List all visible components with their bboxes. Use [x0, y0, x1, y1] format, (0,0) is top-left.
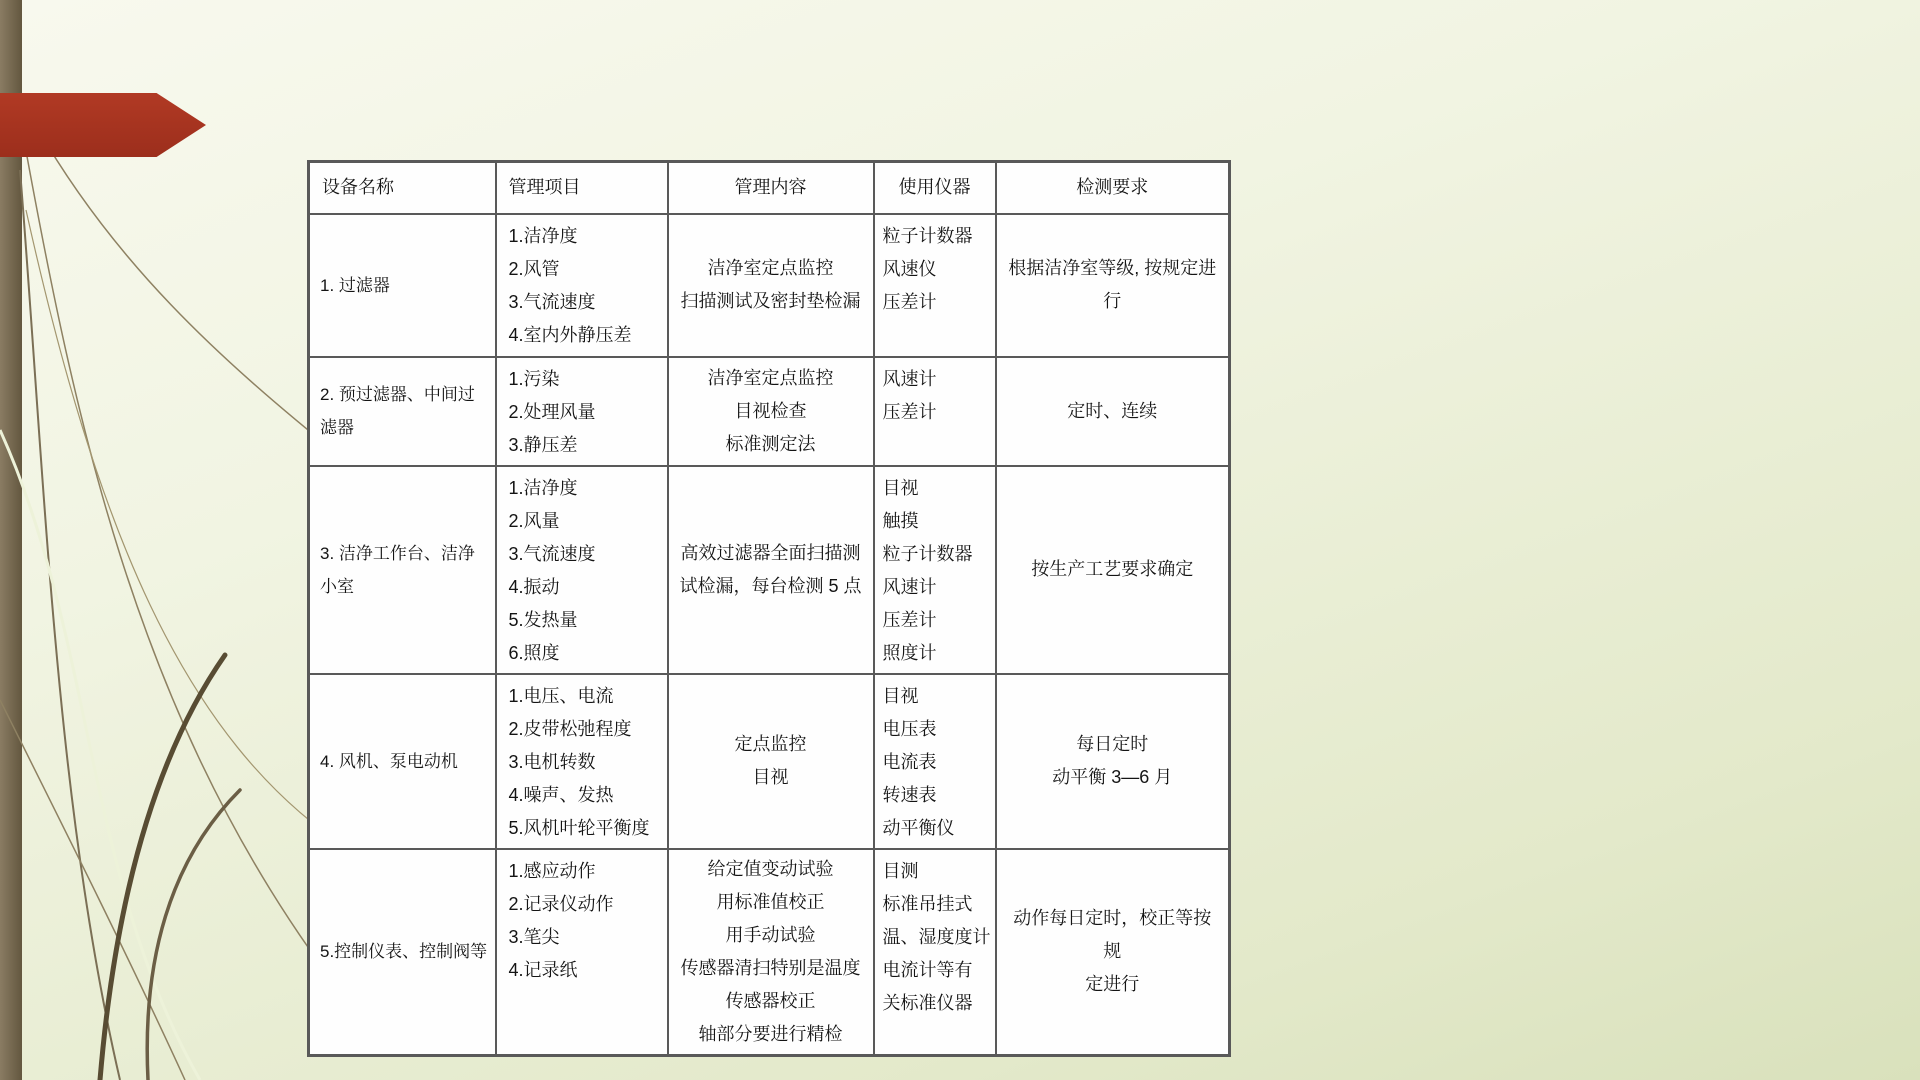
cell-device: 4. 风机、泵电动机	[309, 674, 496, 849]
cell-device: 5.控制仪表、控制阀等	[309, 849, 496, 1056]
cell-content: 给定值变动试验 用标准值校正 用手动试验 传感器清扫特别是温度 传感器校正 轴部…	[668, 849, 874, 1056]
decor-curve	[30, 115, 345, 460]
decor-curve	[100, 655, 225, 1080]
cell-instruments: 风速计 压差计	[874, 357, 996, 466]
cell-content: 高效过滤器全面扫描测 试检漏，每台检测 5 点	[668, 466, 874, 674]
cell-requirement: 根据洁净室等级, 按规定进 行	[996, 214, 1230, 357]
column-header-items: 管理项目	[496, 162, 668, 214]
cell-items: 1.污染 2.处理风量 3.静压差	[496, 357, 668, 466]
cell-instruments: 目测 标准吊挂式 温、湿度度计 电流计等有 关标准仪器	[874, 849, 996, 1056]
cell-requirement: 按生产工艺要求确定	[996, 466, 1230, 674]
decor-curve	[147, 790, 240, 1080]
table-header-row: 设备名称 管理项目 管理内容 使用仪器 检测要求	[309, 162, 1230, 214]
decor-curve	[20, 170, 120, 1080]
cell-requirement: 每日定时 动平衡 3—6 月	[996, 674, 1230, 849]
column-header-instruments: 使用仪器	[874, 162, 996, 214]
equipment-management-table: 设备名称 管理项目 管理内容 使用仪器 检测要求 1. 过滤器 1.洁净度 2.…	[307, 160, 1231, 1057]
left-accent-bar	[0, 0, 22, 1080]
table-row: 3. 洁净工作台、洁净 小室 1.洁净度 2.风量 3.气流速度 4.振动 5.…	[309, 466, 1230, 674]
cell-content: 定点监控 目视	[668, 674, 874, 849]
cell-requirement: 动作每日定时，校正等按规 定进行	[996, 849, 1230, 1056]
cell-items: 1.洁净度 2.风量 3.气流速度 4.振动 5.发热量 6.照度	[496, 466, 668, 674]
cell-device: 1. 过滤器	[309, 214, 496, 357]
cell-requirement: 定时、连续	[996, 357, 1230, 466]
cell-items: 1.感应动作 2.记录仪动作 3.笔尖 4.记录纸	[496, 849, 668, 1056]
decor-curve	[0, 700, 185, 1080]
cell-device: 3. 洁净工作台、洁净 小室	[309, 466, 496, 674]
column-header-content: 管理内容	[668, 162, 874, 214]
table-row: 4. 风机、泵电动机 1.电压、电流 2.皮带松弛程度 3.电机转数 4.噪声、…	[309, 674, 1230, 849]
cell-content: 洁净室定点监控 目视检查 标准测定法	[668, 357, 874, 466]
arrow-bullet	[0, 93, 206, 157]
table-row: 5.控制仪表、控制阀等 1.感应动作 2.记录仪动作 3.笔尖 4.记录纸 给定…	[309, 849, 1230, 1056]
decor-curve	[24, 140, 310, 950]
decor-curve	[26, 210, 350, 850]
cell-instruments: 粒子计数器 风速仪 压差计	[874, 214, 996, 357]
cell-device: 2. 预过滤器、中间过 滤器	[309, 357, 496, 466]
cell-instruments: 目视 电压表 电流表 转速表 动平衡仪	[874, 674, 996, 849]
cell-items: 1.洁净度 2.风管 3.气流速度 4.室内外静压差	[496, 214, 668, 357]
decor-curve	[0, 430, 200, 1080]
table-row: 2. 预过滤器、中间过 滤器 1.污染 2.处理风量 3.静压差 洁净室定点监控…	[309, 357, 1230, 466]
column-header-requirement: 检测要求	[996, 162, 1230, 214]
cell-instruments: 目视 触摸 粒子计数器 风速计 压差计 照度计	[874, 466, 996, 674]
cell-content: 洁净室定点监控 扫描测试及密封垫检漏	[668, 214, 874, 357]
column-header-device: 设备名称	[309, 162, 496, 214]
cell-items: 1.电压、电流 2.皮带松弛程度 3.电机转数 4.噪声、发热 5.风机叶轮平衡…	[496, 674, 668, 849]
table-row: 1. 过滤器 1.洁净度 2.风管 3.气流速度 4.室内外静压差 洁净室定点监…	[309, 214, 1230, 357]
